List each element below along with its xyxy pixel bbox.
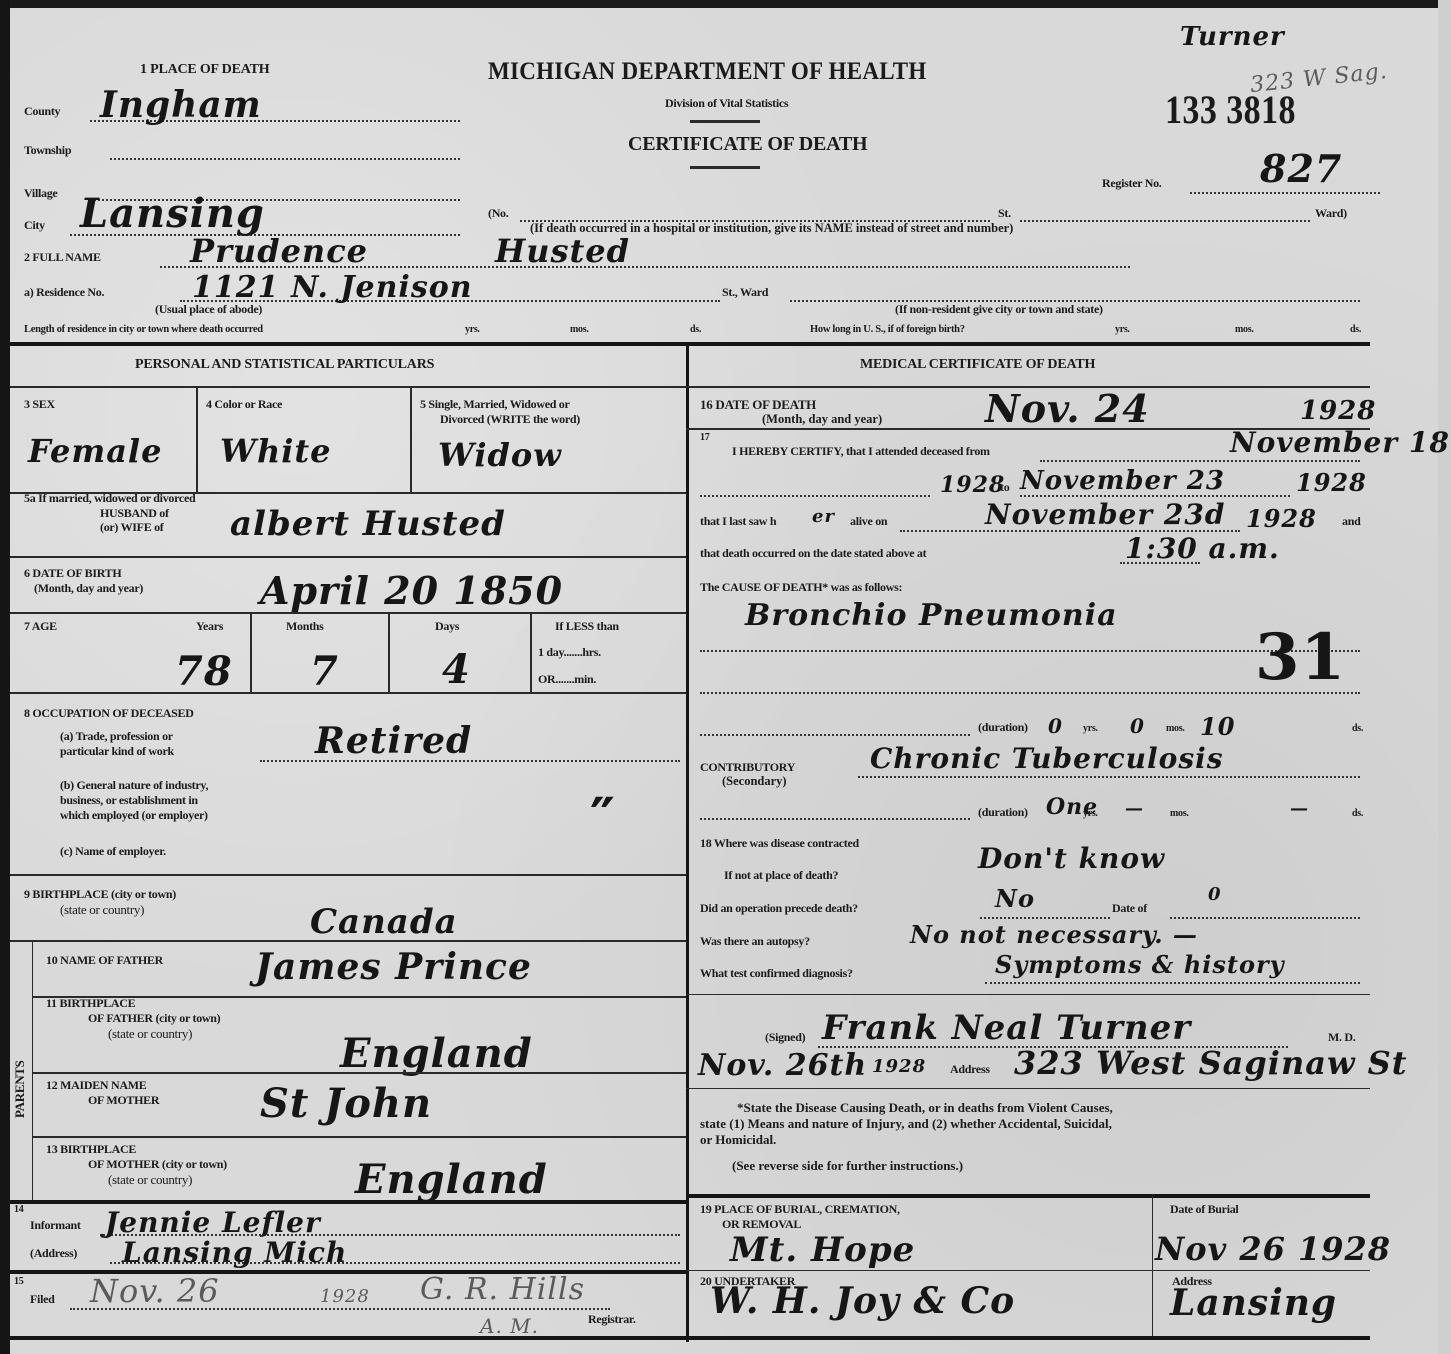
marital-status-value: Widow bbox=[438, 436, 562, 474]
footnote: *State the Disease Causing Death, or in … bbox=[737, 1100, 1113, 1116]
margin-note-address: 323 W Sag. bbox=[1249, 59, 1389, 98]
autopsy-label: Was there an autopsy? bbox=[700, 934, 810, 949]
ditto-mark: ″ bbox=[590, 786, 616, 852]
burial-place-label: 19 PLACE OF BURIAL, CREMATION, bbox=[700, 1202, 900, 1217]
signed-date: Nov. 26th bbox=[698, 1048, 867, 1083]
usual-abode-note: (Usual place of abode) bbox=[155, 302, 262, 317]
attended-from: November 18th bbox=[1230, 426, 1451, 459]
filed-year: 1928 bbox=[320, 1286, 370, 1307]
st-ward-label: St., Ward bbox=[722, 285, 768, 300]
age-years: 78 bbox=[175, 648, 233, 695]
date-of-death: Nov. 24 bbox=[985, 386, 1150, 431]
contributory-cause: Chronic Tuberculosis bbox=[870, 742, 1224, 775]
burial-date: Nov 26 1928 bbox=[1155, 1230, 1391, 1268]
divider bbox=[690, 120, 760, 123]
age-months: 7 bbox=[310, 648, 339, 695]
city-value: Lansing bbox=[80, 190, 265, 237]
dob-value: April 20 1850 bbox=[260, 568, 563, 613]
father-birthplace-label: 11 BIRTHPLACE bbox=[46, 996, 135, 1011]
spouse-name: albert Husted bbox=[230, 504, 506, 544]
deceased-last-name: Husted bbox=[495, 232, 630, 270]
ward-label: Ward) bbox=[1315, 206, 1347, 221]
township-label: Township bbox=[24, 143, 71, 158]
department-title: MICHIGAN DEPARTMENT OF HEALTH bbox=[488, 58, 926, 86]
undertaker-name: W. H. Joy & Co bbox=[710, 1280, 1015, 1322]
cause-of-death: Bronchio Pneumonia bbox=[745, 598, 1118, 633]
personal-section-title: PERSONAL AND STATISTICAL PARTICULARS bbox=[135, 357, 434, 373]
certificate-title: CERTIFICATE OF DEATH bbox=[628, 133, 867, 156]
death-year: 1928 bbox=[1300, 396, 1376, 426]
street-label: St. bbox=[998, 206, 1011, 221]
filed-label: Filed bbox=[30, 1292, 55, 1307]
burial-place: Mt. Hope bbox=[730, 1230, 915, 1270]
deceased-first-name: Prudence bbox=[190, 232, 368, 270]
cause-code: 31 bbox=[1255, 620, 1346, 695]
informant-address-label: (Address) bbox=[30, 1246, 77, 1261]
cause-of-death-label: The CAUSE OF DEATH* was as follows: bbox=[700, 580, 902, 595]
scan-border-left bbox=[0, 0, 10, 1354]
father-birthplace: England bbox=[340, 1030, 533, 1077]
occupation-value: Retired bbox=[315, 720, 472, 762]
registrar-signature: G. R. Hills bbox=[420, 1272, 585, 1307]
sex-label: 3 SEX bbox=[24, 397, 55, 412]
division-subtitle: Division of Vital Statistics bbox=[665, 96, 788, 111]
street-number-label: (No. bbox=[488, 206, 508, 221]
race-label: 4 Color or Race bbox=[206, 397, 282, 412]
section-divider bbox=[10, 342, 1370, 346]
date-of-death-label: 16 DATE OF DEATH bbox=[700, 397, 816, 413]
register-label: Register No. bbox=[1102, 176, 1162, 191]
time-of-death: 1:30 a.m. bbox=[1125, 532, 1280, 565]
father-name: James Prince bbox=[255, 946, 532, 988]
nonresident-note: (If non-resident give city or town and s… bbox=[895, 302, 1103, 317]
dob-label: 6 DATE OF BIRTH bbox=[24, 566, 121, 581]
sex-value: Female bbox=[28, 432, 162, 470]
contributory-label: CONTRIBUTORY bbox=[700, 760, 795, 775]
father-name-label: 10 NAME OF FATHER bbox=[46, 953, 163, 968]
where-contracted-value: Don't know bbox=[978, 842, 1165, 875]
attended-to: November 23 bbox=[1020, 466, 1225, 496]
last-seen-alive: November 23d bbox=[985, 498, 1225, 531]
where-contracted-label: 18 Where was disease contracted bbox=[700, 836, 859, 851]
full-name-label: 2 FULL NAME bbox=[24, 250, 101, 265]
diagnosis-test-label: What test confirmed diagnosis? bbox=[700, 966, 853, 981]
death-certificate: 1 PLACE OF DEATH MICHIGAN DEPARTMENT OF … bbox=[10, 8, 1438, 1354]
age-days: 4 bbox=[442, 646, 471, 693]
mother-birthplace-label: 13 BIRTHPLACE bbox=[46, 1142, 136, 1157]
village-label: Village bbox=[24, 186, 57, 201]
age-label: 7 AGE bbox=[24, 619, 57, 634]
occupation-label: 8 OCCUPATION OF DECEASED bbox=[24, 706, 194, 721]
margin-note-surname: Turner bbox=[1180, 22, 1285, 52]
certify-text: I HEREBY CERTIFY, that I attended deceas… bbox=[732, 444, 990, 459]
undertaker-address: Lansing bbox=[1170, 1282, 1337, 1324]
county-label: County bbox=[24, 104, 60, 119]
mother-name-label: 12 MAIDEN NAME bbox=[46, 1078, 146, 1093]
filed-date: Nov. 26 bbox=[90, 1272, 220, 1310]
residence-label: a) Residence No. bbox=[24, 285, 104, 300]
divider bbox=[690, 166, 760, 169]
informant-label: Informant bbox=[30, 1218, 81, 1233]
operation-label: Did an operation precede death? bbox=[700, 901, 858, 916]
operation-value: No bbox=[995, 884, 1035, 913]
informant-name: Jennie Lefler bbox=[105, 1206, 321, 1239]
length-residence-label: Length of residence in city or town wher… bbox=[24, 324, 263, 335]
diagnosis-test-value: Symptoms & history bbox=[995, 950, 1285, 979]
city-label: City bbox=[24, 218, 45, 233]
birthplace-label: 9 BIRTHPLACE (city or town) bbox=[24, 887, 176, 902]
autopsy-value: No not necessary. — bbox=[910, 920, 1198, 949]
place-of-death-heading: 1 PLACE OF DEATH bbox=[140, 62, 269, 78]
physician-signature: Frank Neal Turner bbox=[822, 1008, 1191, 1048]
mother-maiden-name: St John bbox=[260, 1080, 432, 1127]
instructions-note: (See reverse side for further instructio… bbox=[732, 1158, 963, 1174]
burial-date-label: Date of Burial bbox=[1170, 1202, 1238, 1217]
spouse-label: 5a If married, widowed or divorced bbox=[24, 491, 195, 506]
residence-value: 1121 N. Jenison bbox=[192, 270, 473, 305]
medical-section-title: MEDICAL CERTIFICATE OF DEATH bbox=[860, 357, 1095, 373]
register-number: 827 bbox=[1260, 146, 1342, 191]
registrar-label: Registrar. bbox=[588, 1312, 636, 1327]
county-value: Ingham bbox=[100, 84, 262, 126]
marital-label: 5 Single, Married, Widowed or bbox=[420, 397, 570, 412]
parents-side-label: PARENTS bbox=[12, 1060, 28, 1118]
scan-border-right bbox=[1438, 0, 1451, 1354]
mother-birthplace: England bbox=[355, 1156, 548, 1203]
race-value: White bbox=[220, 432, 332, 470]
column-divider bbox=[686, 342, 689, 1342]
physician-address: 323 West Saginaw St bbox=[1014, 1044, 1408, 1082]
how-long-us-label: How long in U. S., if of foreign birth? bbox=[810, 324, 965, 335]
informant-address: Lansing Mich bbox=[122, 1236, 347, 1269]
birthplace-value: Canada bbox=[310, 902, 458, 942]
